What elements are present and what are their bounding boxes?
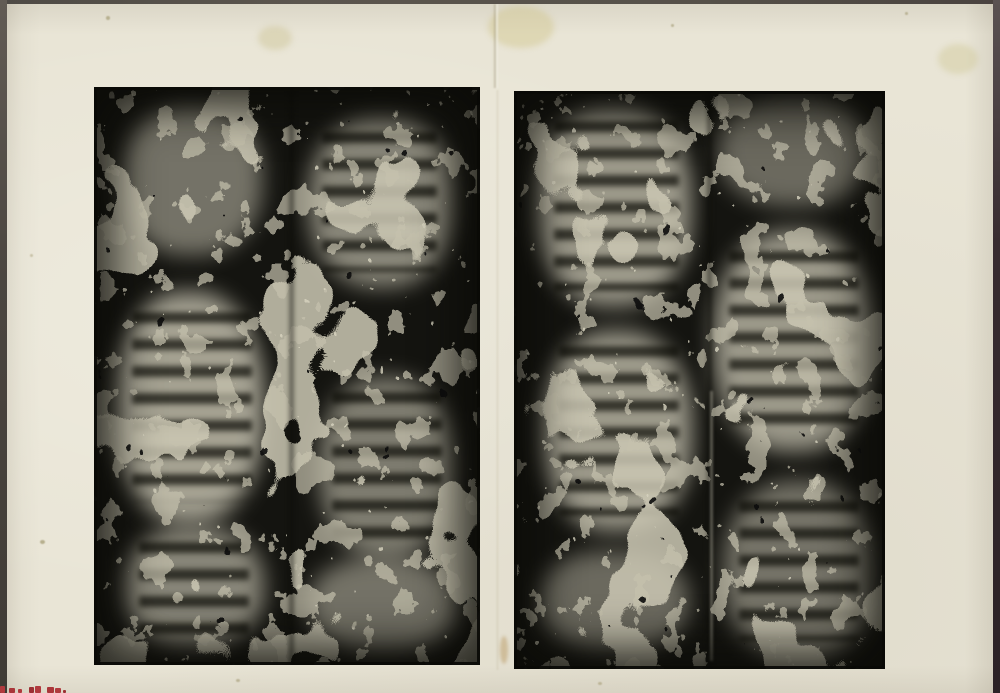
foxing-speck (671, 24, 674, 27)
rubbing-panel-left (94, 87, 480, 665)
foxing-speck (40, 540, 45, 544)
paper-stain (258, 26, 292, 50)
rubbing-panel-right (514, 91, 885, 669)
foxing-speck (106, 16, 110, 20)
scan-edge-right (993, 0, 1000, 693)
paper-stain (500, 636, 508, 664)
foxing-speck (236, 679, 240, 682)
panel-seam (288, 87, 295, 665)
foxing-speck (598, 682, 602, 685)
center-fold-crease (493, 4, 499, 88)
foxing-speck (905, 12, 908, 15)
paper-stain (938, 44, 978, 74)
scanned-rubbing-page (0, 0, 1000, 693)
red-stamp-fragment (0, 684, 80, 693)
panel-seam-crease (710, 391, 713, 661)
foxing-speck (30, 254, 33, 257)
scan-edge-left (0, 0, 7, 693)
speckle-texture (94, 87, 480, 665)
scan-edge-top (0, 0, 1000, 4)
speckle-texture (514, 91, 885, 669)
center-fold-crease-lower (496, 90, 499, 670)
